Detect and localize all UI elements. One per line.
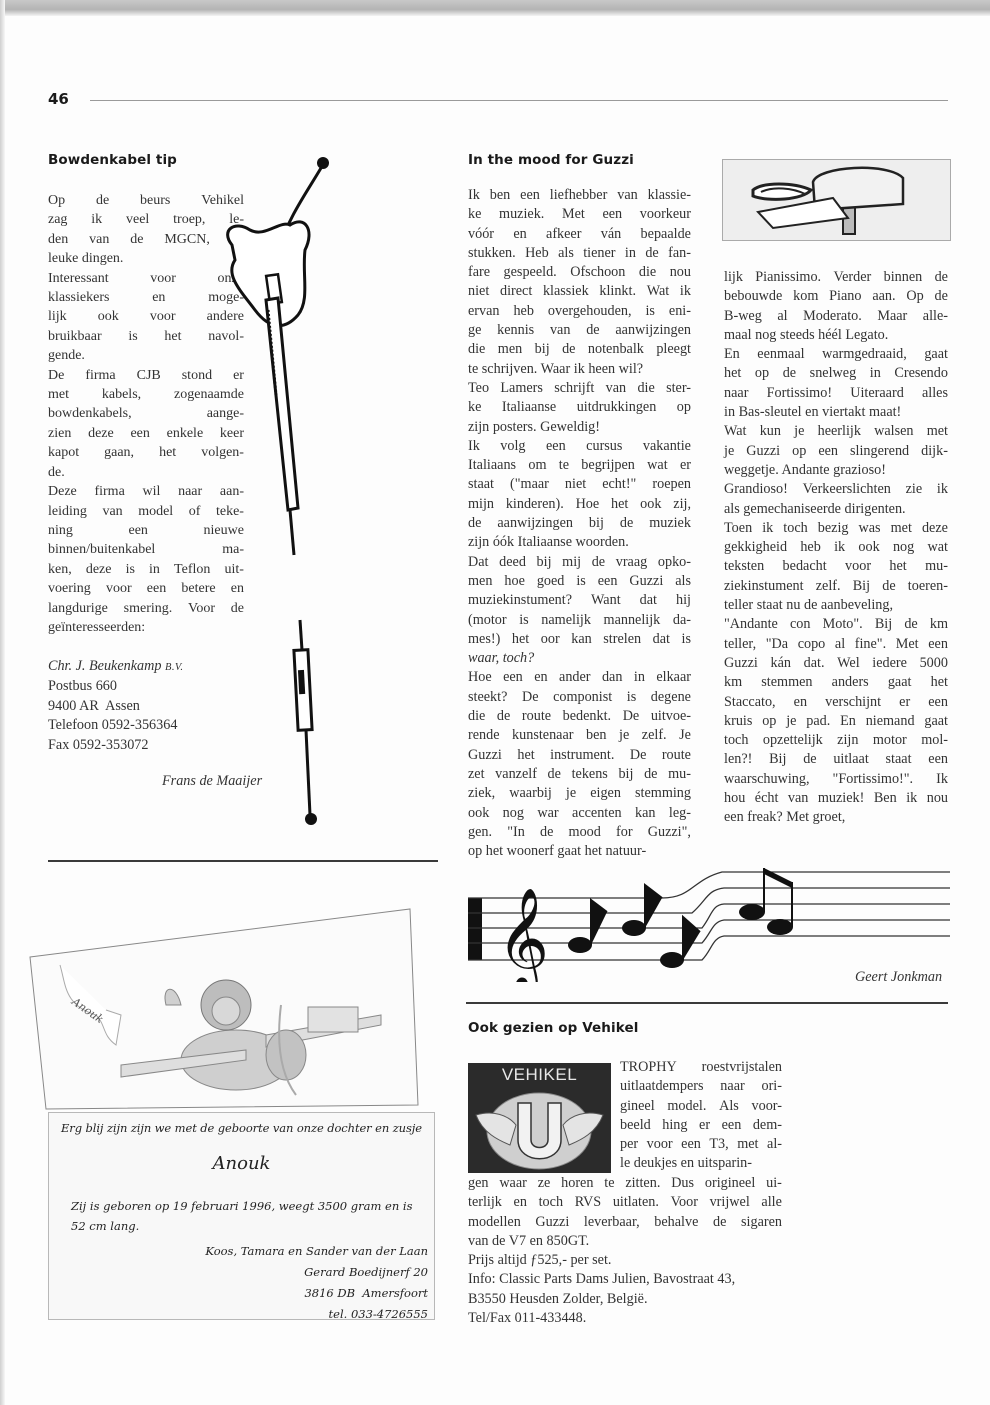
page-number: 46 bbox=[48, 90, 69, 108]
text-line: (motorisnamelijkmannelijkda- bbox=[468, 611, 691, 630]
text-line: zijn óók Italiaanse woorden. bbox=[468, 533, 691, 552]
mailbox-panel bbox=[722, 159, 951, 241]
text-line: Staccato,enverschijntereen bbox=[724, 693, 948, 712]
text-line: B3550 Heusden Zolder, België. bbox=[468, 1290, 782, 1309]
vehikel-wrapped-text: TROPHYroestvrijstalenuitlaatdempersnaaro… bbox=[620, 1058, 782, 1174]
vehikel-title: Ook gezien op Vehikel bbox=[468, 1020, 638, 1036]
text-line: mijnkinderen).Hoehetookzij, bbox=[468, 495, 691, 514]
text-line: Eneenmaalwarmgedraaid,gaat bbox=[724, 345, 948, 364]
text-line: gekkigheidhebikooknogwat bbox=[724, 538, 948, 557]
text-line: menhoegoediseenGuzzials bbox=[468, 572, 691, 591]
text-line: Watkunjeheerlijkwalsenmet bbox=[724, 422, 948, 441]
text-line: maal nog steeds héél Legato. bbox=[724, 326, 948, 345]
text-line: kruisopjepad.Enniemandgaat bbox=[724, 712, 948, 731]
text-line: als gemechaniseerde dirigenten. bbox=[724, 500, 948, 519]
text-line: een freak? Met groet, bbox=[724, 808, 948, 827]
section-divider-left bbox=[48, 860, 438, 862]
text-line: lijkPianissimo.Verderbinnende bbox=[724, 268, 948, 287]
text-line: waar, toch? bbox=[468, 649, 691, 668]
text-line: muziekinstument?Wantdathij bbox=[468, 591, 691, 610]
text-line: steekt?Decomponistisdegene bbox=[468, 688, 691, 707]
svg-text:𝄞: 𝄞 bbox=[497, 886, 549, 982]
guzzi-title: In the mood for Guzzi bbox=[468, 152, 634, 168]
text-line: tekstenbedachtvoorhetmu- bbox=[724, 557, 948, 576]
guzzi-column-2: lijkPianissimo.Verderbinnendebebouwdekom… bbox=[724, 268, 948, 828]
text-line: Info: Classic Parts Dams Julien, Bavostr… bbox=[468, 1270, 782, 1289]
text-line: Ikbeneenliefhebbervanklassie- bbox=[468, 186, 691, 205]
text-line: ooknogwaraccentenkanleg- bbox=[468, 804, 691, 823]
text-line: jeGuzziopeenslingerenddijk- bbox=[724, 442, 948, 461]
text-line: gekennisvandeaanwijzingen bbox=[468, 321, 691, 340]
text-line: terlijkentochRVSuitlaten.Voorvrijwelalle bbox=[468, 1193, 782, 1212]
text-line: Grandioso!Verkeerslichtenzieik bbox=[724, 480, 948, 499]
text-line: Guzzihetinstrument.Deroute bbox=[468, 746, 691, 765]
text-line: rendekunstenaarbenjezelf.Je bbox=[468, 726, 691, 745]
text-line: teller staat nu de aanbeveling, bbox=[724, 596, 948, 615]
text-line: Prijs altijd ƒ525,- per set. bbox=[468, 1251, 782, 1270]
text-line: gen."IndemoodforGuzzi", bbox=[468, 823, 691, 842]
vehikel-logo-text: VEHIKEL bbox=[468, 1065, 611, 1085]
text-line: "AndanteconMoto".Bijdekm bbox=[724, 615, 948, 634]
scan-left-edge bbox=[0, 0, 5, 1405]
vehikel-body: genwaarzehorentezitten.Dusorigineelui-te… bbox=[468, 1174, 782, 1328]
text-line: B-wegalModerato.Maaralle- bbox=[724, 307, 948, 326]
text-line: weggetje. Andante grazioso! bbox=[724, 461, 948, 480]
winged-u-icon bbox=[468, 1085, 611, 1173]
card-baby-name: Anouk bbox=[49, 1153, 434, 1174]
text-line: te schrijven. Waar ik heen wil? bbox=[468, 360, 691, 379]
text-line: TROPHYroestvrijstalen bbox=[620, 1058, 782, 1077]
text-line: hetopdesnelweginCresendo bbox=[724, 364, 948, 383]
guzzi-column-1: Ikbeneenliefhebbervanklassie-kemuziek.Me… bbox=[468, 186, 691, 861]
text-line: Italiaansomtebegrijpenwater bbox=[468, 456, 691, 475]
text-line: waarschuwing,"Fortissimo!".Ik bbox=[724, 770, 948, 789]
text-line: pervooreenT3,metal- bbox=[620, 1135, 782, 1154]
text-line: staat("maarnietecht!"roepen bbox=[468, 475, 691, 494]
text-line: vóórenafkeervánbepaalde bbox=[468, 225, 691, 244]
card-birth-details: Zij is geboren op 19 februari 1996, weeg… bbox=[71, 1196, 421, 1236]
text-line: TeoLamersschrijftvandiester- bbox=[468, 379, 691, 398]
bowden-title: Bowdenkabel tip bbox=[48, 152, 177, 168]
text-line: diederoutebedenkt.Deuitvoe- bbox=[468, 707, 691, 726]
text-line: kemuziek.Meteenvoorkeur bbox=[468, 205, 691, 224]
text-line: len?!Bijdeuitlaatstaateen bbox=[724, 750, 948, 769]
vehikel-logo: VEHIKEL bbox=[468, 1063, 611, 1173]
guzzi-author: Geert Jonkman bbox=[855, 969, 942, 986]
airplane-child-illustration: Anouk bbox=[26, 895, 422, 1110]
text-line: stukken.Hebalstienerindefan- bbox=[468, 244, 691, 263]
header-rule bbox=[90, 100, 948, 101]
text-line: genwaarzehorentezitten.Dusorigineelui- bbox=[468, 1174, 782, 1193]
text-line: deaanwijzingenbijdemuziek bbox=[468, 514, 691, 533]
text-line: naarFortissimo!Uiteraardalles bbox=[724, 384, 948, 403]
text-line: Guzzikándat.Weliedere5000 bbox=[724, 654, 948, 673]
text-line: Hoeeenenanderdaninelkaar bbox=[468, 668, 691, 687]
bowden-cable-icon bbox=[210, 150, 340, 830]
text-line: in Bas-sleutel en viertakt maat! bbox=[724, 403, 948, 422]
text-line: kmstemmenandersgaathet bbox=[724, 673, 948, 692]
text-line: beeldhingereendem- bbox=[620, 1116, 782, 1135]
text-line: bebouwdekomPianoaan.Opde bbox=[724, 287, 948, 306]
birth-announcement-card: Erg blij zijn zijn we met de geboorte va… bbox=[48, 1112, 435, 1320]
music-staff-icon: 𝄞 bbox=[462, 860, 952, 982]
text-line: Tel/Fax 011-433448. bbox=[468, 1309, 782, 1328]
text-line: zetvanzelfdetekensbijdemu- bbox=[468, 765, 691, 784]
text-line: tochopzettelijkzijnmotormol- bbox=[724, 731, 948, 750]
text-line: op het woonerf gaat het natuur- bbox=[468, 842, 691, 861]
text-line: van de V7 en 850GT. bbox=[468, 1232, 782, 1251]
text-line: Ikvolgeencursusvakantie bbox=[468, 437, 691, 456]
text-line: diemenbijdenotenbalkpleegt bbox=[468, 340, 691, 359]
text-line: ziek,waarbijjeeigenstemming bbox=[468, 784, 691, 803]
text-line: ziekinstumentzelf.Bijdetoeren- bbox=[724, 577, 948, 596]
text-line: nietdirectklassiekklinkt.Watik bbox=[468, 282, 691, 301]
text-line: gineelmodel.Alsvoor- bbox=[620, 1097, 782, 1116]
card-intro: Erg blij zijn zijn we met de geboorte va… bbox=[61, 1121, 422, 1135]
text-line: houéchtvanmuziek!Beniknou bbox=[724, 789, 948, 808]
text-line: zijn posters. Geweldig! bbox=[468, 418, 691, 437]
text-line: Toeniktochbezigwasmetdeze bbox=[724, 519, 948, 538]
text-line: Datdeedbijmijdevraagopko- bbox=[468, 553, 691, 572]
card-family-address: Koos, Tamara en Sander van der Laan Gera… bbox=[205, 1241, 428, 1325]
text-line: teller,"Dacopoalfine".Meteen bbox=[724, 635, 948, 654]
mailbox-icon bbox=[723, 160, 952, 242]
text-line: mes!)hetoorkanstrelendatis bbox=[468, 630, 691, 649]
text-line: uitlaatdempersnaarori- bbox=[620, 1077, 782, 1096]
scan-top-edge bbox=[0, 0, 990, 16]
text-line: faregespeeld.Ofschoondienou bbox=[468, 263, 691, 282]
text-line: modellenGuzzileverbaar,behalvedesigaren bbox=[468, 1213, 782, 1232]
text-line: keItaliaanseuitdrukkingenop bbox=[468, 398, 691, 417]
text-line: ervanhebovergehouden,iseni- bbox=[468, 302, 691, 321]
section-divider-right bbox=[466, 1002, 948, 1004]
text-line: le deukjes en uitsparin- bbox=[620, 1154, 782, 1173]
